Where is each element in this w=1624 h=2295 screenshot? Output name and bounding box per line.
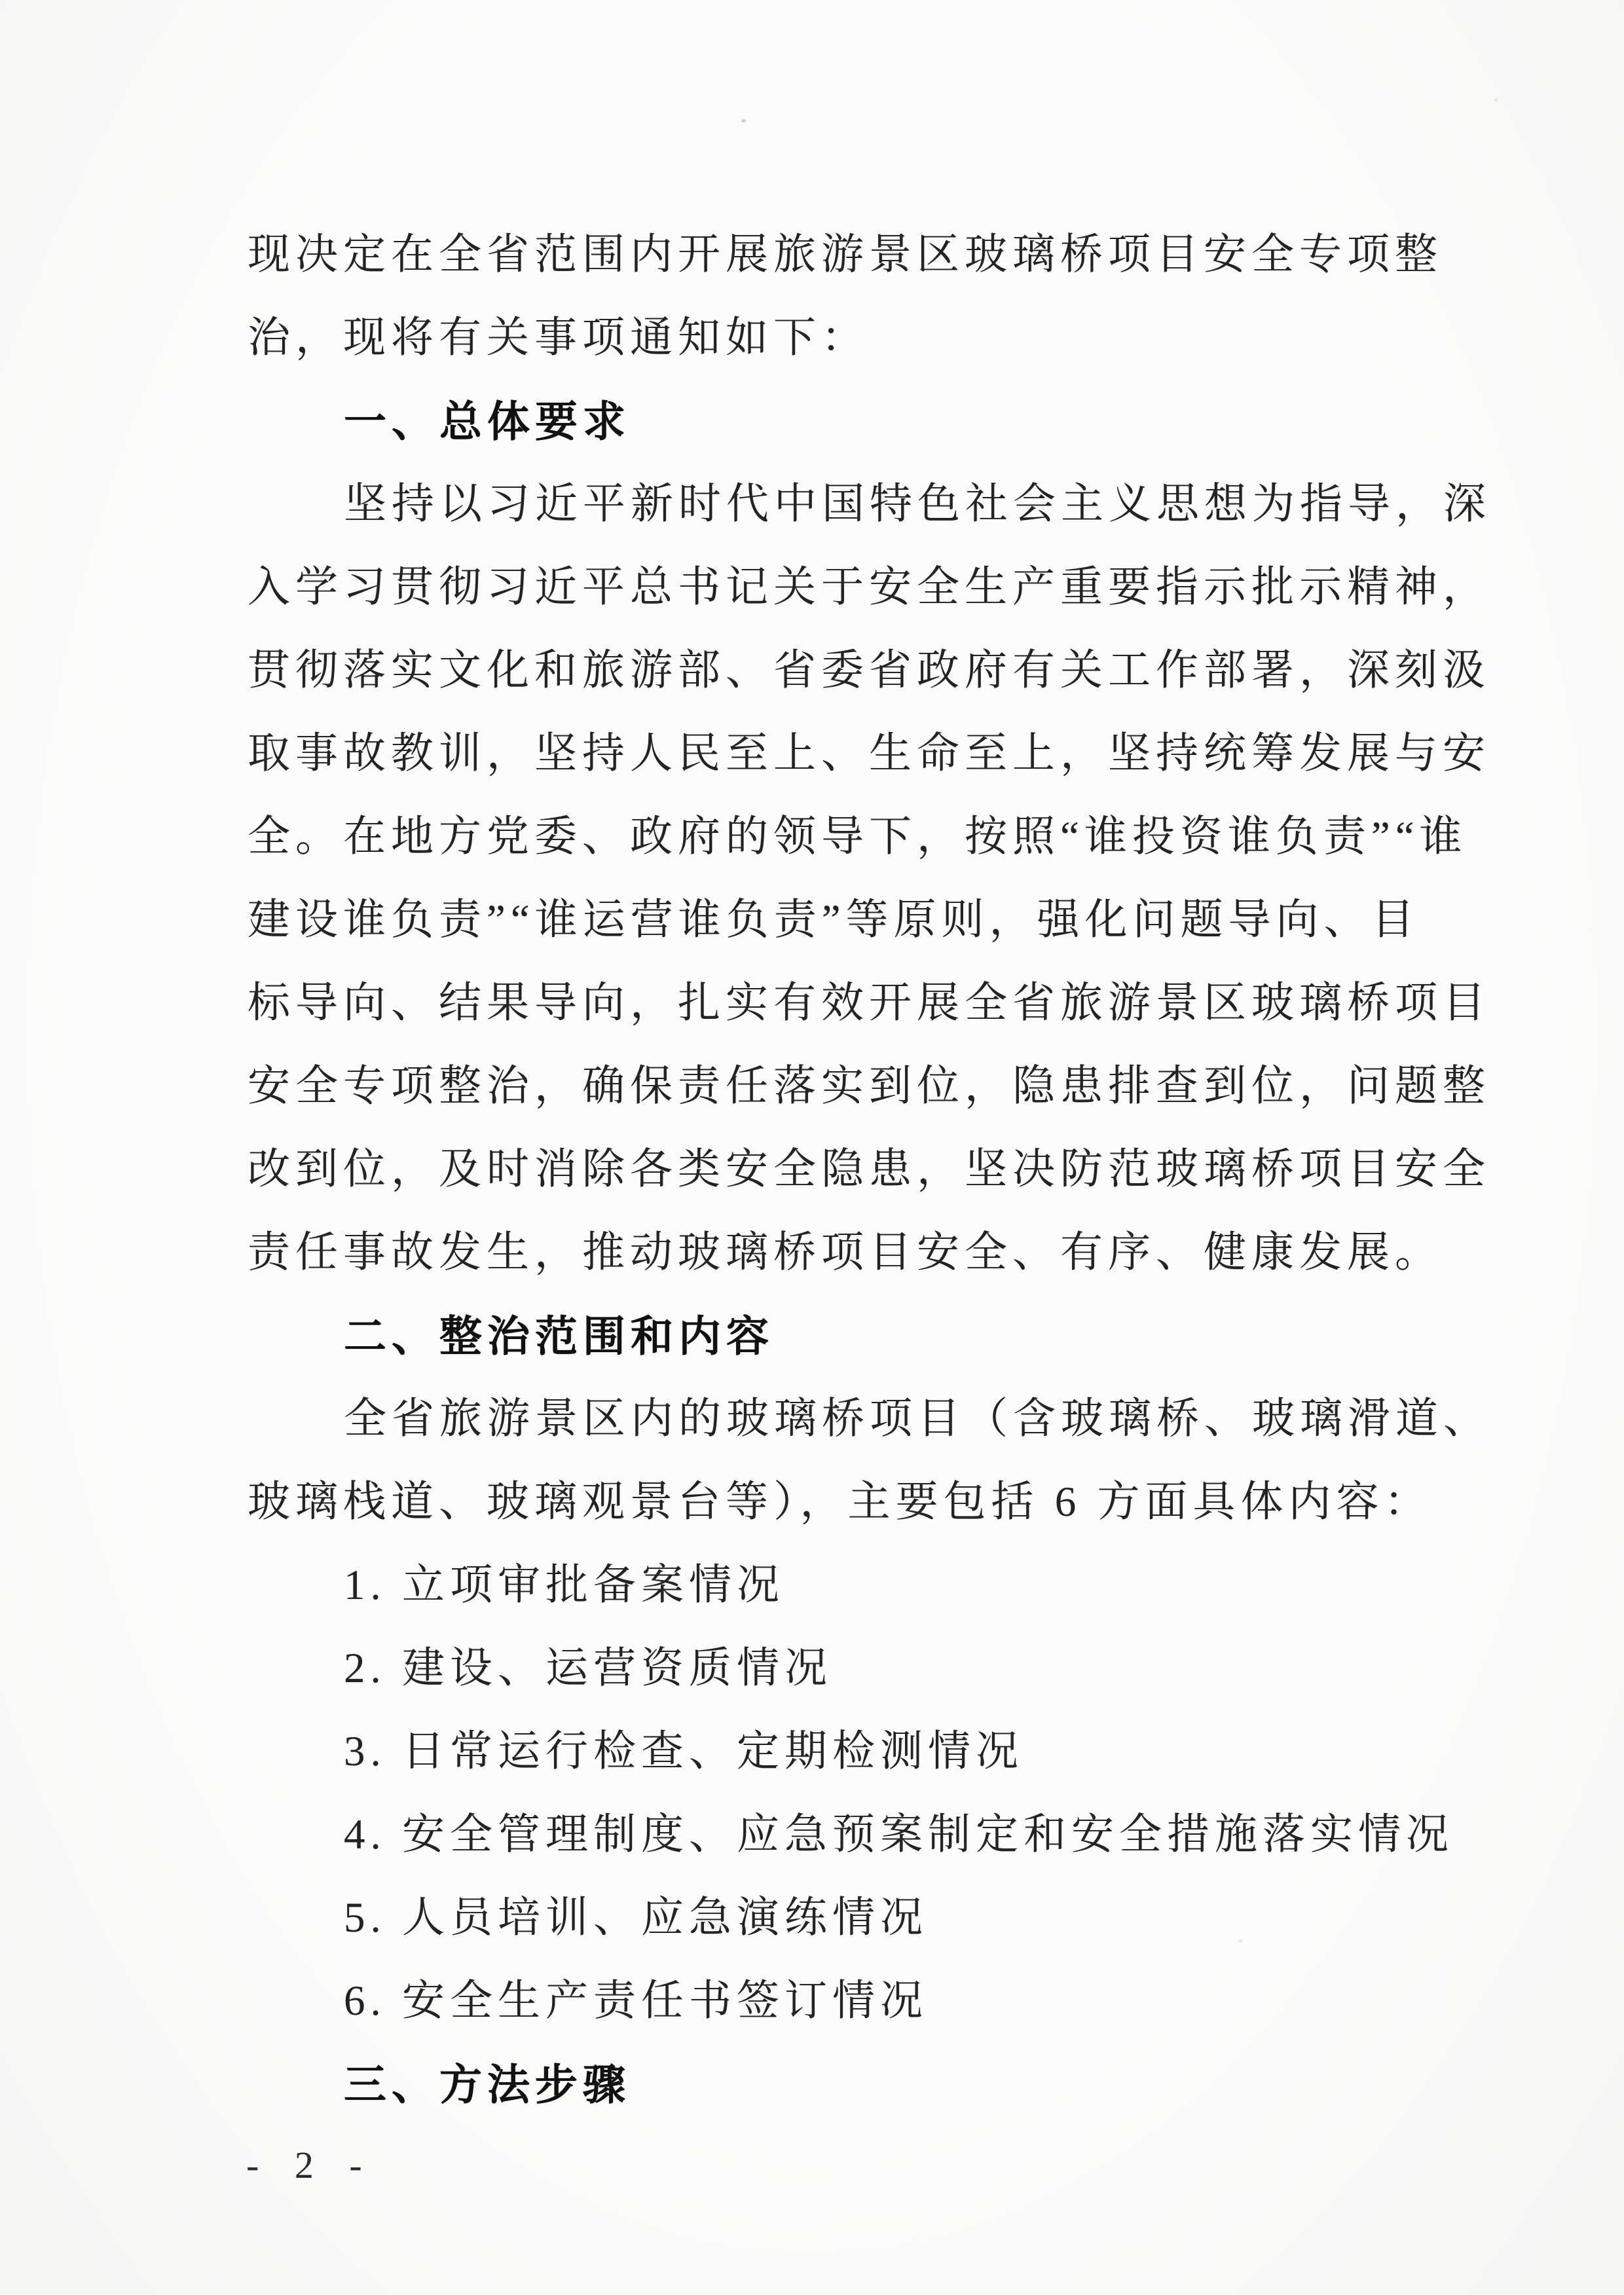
list-item-5: 5. 人员培训、应急演练情况 <box>248 1877 1405 1960</box>
body-line: 现决定在全省范围内开展旅游景区玻璃桥项目安全专项整 <box>248 213 1405 297</box>
list-item-4: 4. 安全管理制度、应急预案制定和安全措施落实情况 <box>248 1793 1405 1877</box>
document-body: 现决定在全省范围内开展旅游景区玻璃桥项目安全专项整 治，现将有关事项通知如下： … <box>248 213 1405 2126</box>
list-item-3: 3. 日常运行检查、定期检测情况 <box>248 1710 1405 1793</box>
page-number: - 2 - <box>246 2136 375 2195</box>
scan-artifact <box>741 119 746 122</box>
body-line: 建设谁负责”“谁运营谁负责”等原则，强化问题导向、目 <box>248 879 1405 962</box>
list-item-6: 6. 安全生产责任书签订情况 <box>248 1960 1405 2043</box>
body-line: 玻璃栈道、玻璃观景台等），主要包括 6 方面具体内容： <box>248 1461 1405 1544</box>
body-line: 入学习贯彻习近平总书记关于安全生产重要指示批示精神， <box>248 546 1405 629</box>
list-item-1: 1. 立项审批备案情况 <box>248 1544 1405 1627</box>
scan-artifact <box>1494 98 1498 101</box>
section-heading-1: 一、总体要求 <box>248 380 1405 463</box>
section-heading-2: 二、整治范围和内容 <box>248 1294 1405 1378</box>
section-heading-3: 三、方法步骤 <box>248 2043 1405 2126</box>
body-line: 改到位，及时消除各类安全隐患，坚决防范玻璃桥项目安全 <box>248 1128 1405 1211</box>
body-line: 责任事故发生，推动玻璃桥项目安全、有序、健康发展。 <box>248 1211 1405 1294</box>
body-line: 治，现将有关事项通知如下： <box>248 297 1405 380</box>
scanned-document-page: 现决定在全省范围内开展旅游景区玻璃桥项目安全专项整 治，现将有关事项通知如下： … <box>0 0 1624 2295</box>
paragraph-first-line: 全省旅游景区内的玻璃桥项目（含玻璃桥、玻璃滑道、 <box>248 1378 1405 1461</box>
paragraph-first-line: 坚持以习近平新时代中国特色社会主义思想为指导，深 <box>248 463 1405 546</box>
body-line: 全。在地方党委、政府的领导下，按照“谁投资谁负责”“谁 <box>248 796 1405 879</box>
body-line: 安全专项整治，确保责任落实到位，隐患排查到位，问题整 <box>248 1045 1405 1128</box>
list-item-2: 2. 建设、运营资质情况 <box>248 1627 1405 1710</box>
body-line: 标导向、结果导向，扎实有效开展全省旅游景区玻璃桥项目 <box>248 962 1405 1045</box>
body-line: 贯彻落实文化和旅游部、省委省政府有关工作部署，深刻汲 <box>248 629 1405 712</box>
body-line: 取事故教训，坚持人民至上、生命至上，坚持统筹发展与安 <box>248 712 1405 796</box>
